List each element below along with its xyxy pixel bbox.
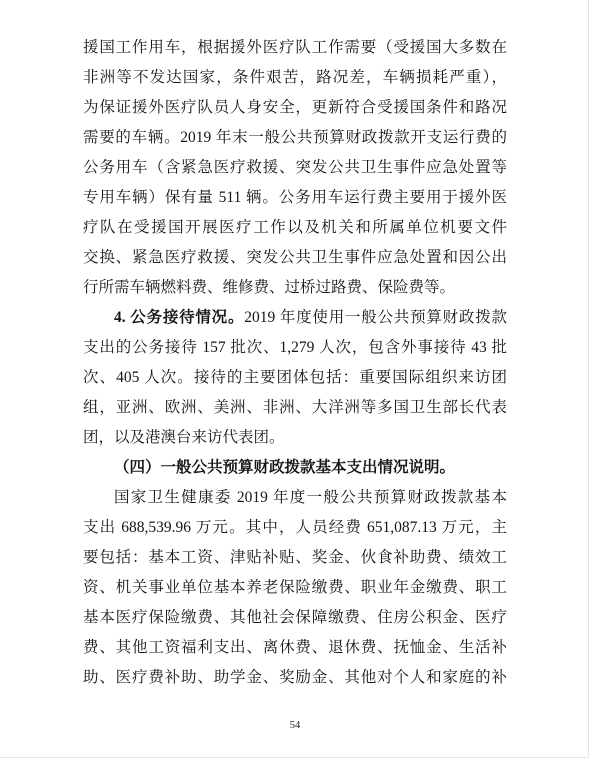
bold-lead-text: （四）一般公共预算财政拨款基本支出情况说明。 bbox=[114, 459, 455, 476]
text-line: 支出的公务接待 157 批次、1,279 人次，包含外事接待 43 批 bbox=[83, 333, 507, 363]
page-number: 54 bbox=[83, 719, 507, 733]
text-line: 交换、紧急医疗救援、突发公共卫生事件应急处置和因公出 bbox=[83, 243, 507, 273]
text-line: 要包括：基本工资、津贴补贴、奖金、伙食补助费、绩效工 bbox=[83, 543, 507, 573]
text-line: 行所需车辆燃料费、维修费、过桥过路费、保险费等。 bbox=[83, 273, 507, 303]
text-line: 4. 公务接待情况。2019 年度使用一般公共预算财政拨款 bbox=[83, 303, 507, 333]
text-line: 专用车辆）保有量 511 辆。公务用车运行费主要用于援外医 bbox=[83, 183, 507, 213]
text-line: 援国工作用车，根据援外医疗队工作需要（受援国大多数在 bbox=[83, 33, 507, 63]
document-page: 援国工作用车，根据援外医疗队工作需要（受援国大多数在非洲等不发达国家，条件艰苦，… bbox=[0, 0, 589, 758]
text-line: 基本医疗保险缴费、其他社会保障缴费、住房公积金、医疗 bbox=[83, 603, 507, 633]
text-line: 费、其他工资福利支出、离休费、退休费、抚恤金、生活补 bbox=[83, 633, 507, 663]
text-line: 非洲等不发达国家，条件艰苦，路况差，车辆损耗严重）， bbox=[83, 63, 507, 93]
text-line: 助、医疗费补助、助学金、奖励金、其他对个人和家庭的补 bbox=[83, 663, 507, 693]
text-line: 国家卫生健康委 2019 年度一般公共预算财政拨款基本 bbox=[83, 483, 507, 513]
bold-lead-text: 4. 公务接待情况。 bbox=[114, 309, 244, 326]
text-line: （四）一般公共预算财政拨款基本支出情况说明。 bbox=[83, 453, 507, 483]
document-body: 援国工作用车，根据援外医疗队工作需要（受援国大多数在非洲等不发达国家，条件艰苦，… bbox=[83, 33, 507, 693]
text-line: 资、机关事业单位基本养老保险缴费、职业年金缴费、职工 bbox=[83, 573, 507, 603]
text-line: 次、405 人次。接待的主要团体包括：重要国际组织来访团 bbox=[83, 363, 507, 393]
text-line: 为保证援外医疗队员人身安全，更新符合受援国条件和路况 bbox=[83, 93, 507, 123]
text-line: 支出 688,539.96 万元。其中，人员经费 651,087.13 万元，主 bbox=[83, 513, 507, 543]
text-line: 组，亚洲、欧洲、美洲、非洲、大洋洲等多国卫生部长代表 bbox=[83, 393, 507, 423]
text-line: 需要的车辆。2019 年末一般公共预算财政拨款开支运行费的 bbox=[83, 123, 507, 153]
text-line: 团，以及港澳台来访代表团。 bbox=[83, 423, 507, 453]
text-line: 公务用车（含紧急医疗救援、突发公共卫生事件应急处置等 bbox=[83, 153, 507, 183]
text-line: 疗队在受援国开展医疗工作以及机关和所属单位机要文件 bbox=[83, 213, 507, 243]
